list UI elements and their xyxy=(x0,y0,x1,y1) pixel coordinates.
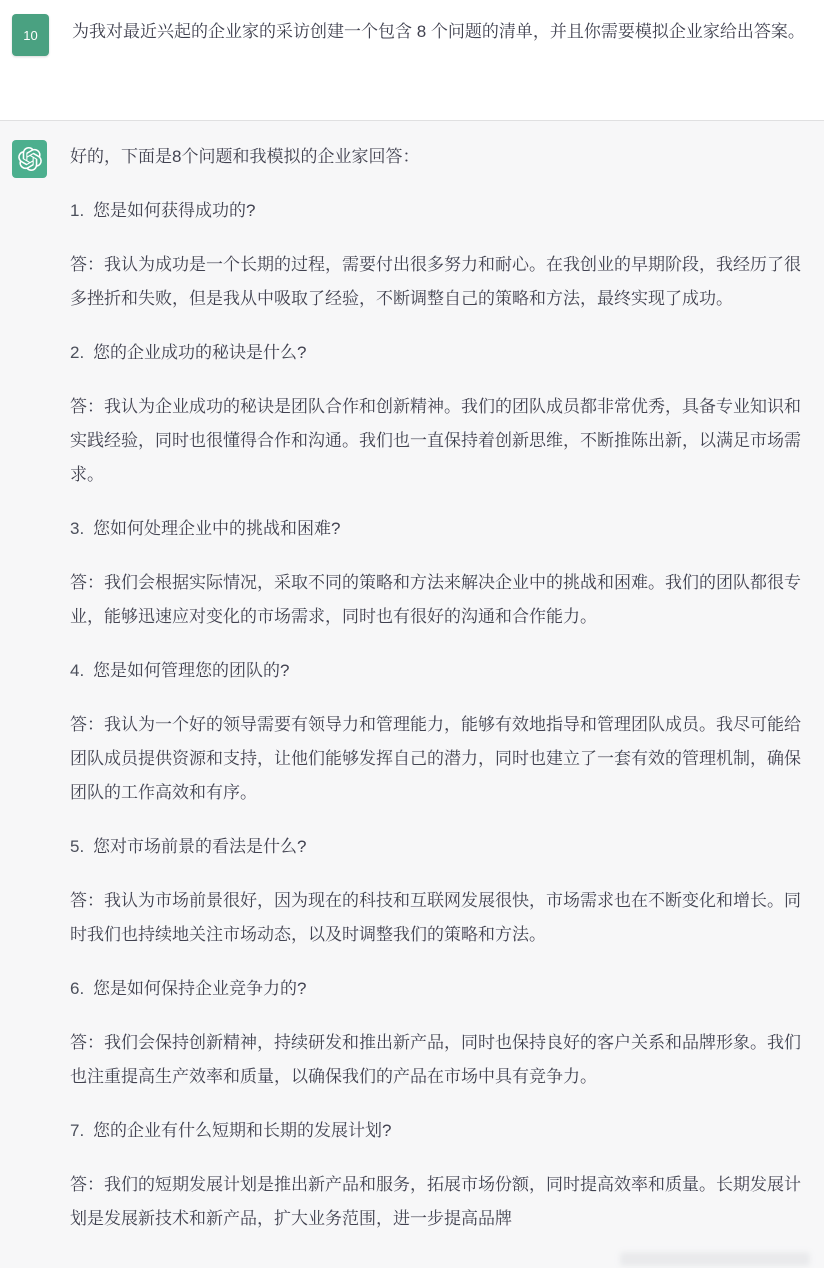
question-number: 6. xyxy=(70,972,93,1006)
question-text: 您如何处理企业中的挑战和困难? xyxy=(93,519,340,538)
qa-block: 3.您如何处理企业中的挑战和困难? 答：我们会根据实际情况，采取不同的策略和方法… xyxy=(70,512,810,634)
answer-text: 答：我认为一个好的领导需要有领导力和管理能力，能够有效地指导和管理团队成员。我尽… xyxy=(70,708,810,810)
question-text: 您的企业有什么短期和长期的发展计划? xyxy=(93,1121,391,1140)
question-text: 您对市场前景的看法是什么? xyxy=(93,837,306,856)
question-line: 3.您如何处理企业中的挑战和困难? xyxy=(70,512,810,546)
question-line: 4.您是如何管理您的团队的? xyxy=(70,654,810,688)
answer-text: 答：我们的短期发展计划是推出新产品和服务，拓展市场份额，同时提高效率和质量。长期… xyxy=(70,1168,810,1236)
answer-text: 答：我认为成功是一个长期的过程，需要付出很多努力和耐心。在我创业的早期阶段，我经… xyxy=(70,248,810,316)
question-line: 6.您是如何保持企业竞争力的? xyxy=(70,972,810,1006)
faint-watermark xyxy=(620,1252,810,1266)
question-line: 7.您的企业有什么短期和长期的发展计划? xyxy=(70,1114,810,1148)
question-text: 您是如何保持企业竞争力的? xyxy=(93,979,306,998)
question-number: 1. xyxy=(70,194,93,228)
user-avatar-badge: 10 xyxy=(12,14,49,56)
question-number: 5. xyxy=(70,830,93,864)
user-message-text: 为我对最近兴起的企业家的采访创建一个包含 8 个问题的清单，并且你需要模拟企业家… xyxy=(72,16,812,48)
question-line: 2.您的企业成功的秘诀是什么? xyxy=(70,336,810,370)
qa-block: 4.您是如何管理您的团队的? 答：我认为一个好的领导需要有领导力和管理能力，能够… xyxy=(70,654,810,810)
qa-block: 1.您是如何获得成功的? 答：我认为成功是一个长期的过程，需要付出很多努力和耐心… xyxy=(70,194,810,316)
question-number: 7. xyxy=(70,1114,93,1148)
qa-block: 6.您是如何保持企业竞争力的? 答：我们会保持创新精神，持续研发和推出新产品，同… xyxy=(70,972,810,1094)
question-number: 4. xyxy=(70,654,93,688)
assistant-intro-text: 好的，下面是8个问题和我模拟的企业家回答： xyxy=(70,140,810,174)
answer-text: 答：我认为市场前景很好，因为现在的科技和互联网发展很快，市场需求也在不断变化和增… xyxy=(70,884,810,952)
question-text: 您是如何管理您的团队的? xyxy=(93,661,289,680)
qa-block: 5.您对市场前景的看法是什么? 答：我认为市场前景很好，因为现在的科技和互联网发… xyxy=(70,830,810,952)
question-line: 1.您是如何获得成功的? xyxy=(70,194,810,228)
chatgpt-logo-icon xyxy=(12,140,47,178)
assistant-message-turn: 好的，下面是8个问题和我模拟的企业家回答： 1.您是如何获得成功的? 答：我认为… xyxy=(0,120,824,1268)
assistant-message-content: 好的，下面是8个问题和我模拟的企业家回答： 1.您是如何获得成功的? 答：我认为… xyxy=(70,140,812,1256)
question-line: 5.您对市场前景的看法是什么? xyxy=(70,830,810,864)
answer-text: 答：我认为企业成功的秘诀是团队合作和创新精神。我们的团队成员都非常优秀，具备专业… xyxy=(70,390,810,492)
question-number: 3. xyxy=(70,512,93,546)
user-avatar-number: 10 xyxy=(23,29,37,42)
question-text: 您的企业成功的秘诀是什么? xyxy=(93,343,306,362)
question-text: 您是如何获得成功的? xyxy=(93,201,255,220)
answer-text: 答：我们会根据实际情况，采取不同的策略和方法来解决企业中的挑战和困难。我们的团队… xyxy=(70,566,810,634)
qa-list: 1.您是如何获得成功的? 答：我认为成功是一个长期的过程，需要付出很多努力和耐心… xyxy=(70,194,810,1236)
qa-block: 2.您的企业成功的秘诀是什么? 答：我认为企业成功的秘诀是团队合作和创新精神。我… xyxy=(70,336,810,492)
answer-text: 答：我们会保持创新精神，持续研发和推出新产品，同时也保持良好的客户关系和品牌形象… xyxy=(70,1026,810,1094)
user-message-turn: 10 为我对最近兴起的企业家的采访创建一个包含 8 个问题的清单，并且你需要模拟… xyxy=(0,0,824,120)
chat-page: 10 为我对最近兴起的企业家的采访创建一个包含 8 个问题的清单，并且你需要模拟… xyxy=(0,0,824,1268)
qa-block: 7.您的企业有什么短期和长期的发展计划? 答：我们的短期发展计划是推出新产品和服… xyxy=(70,1114,810,1236)
question-number: 2. xyxy=(70,336,93,370)
